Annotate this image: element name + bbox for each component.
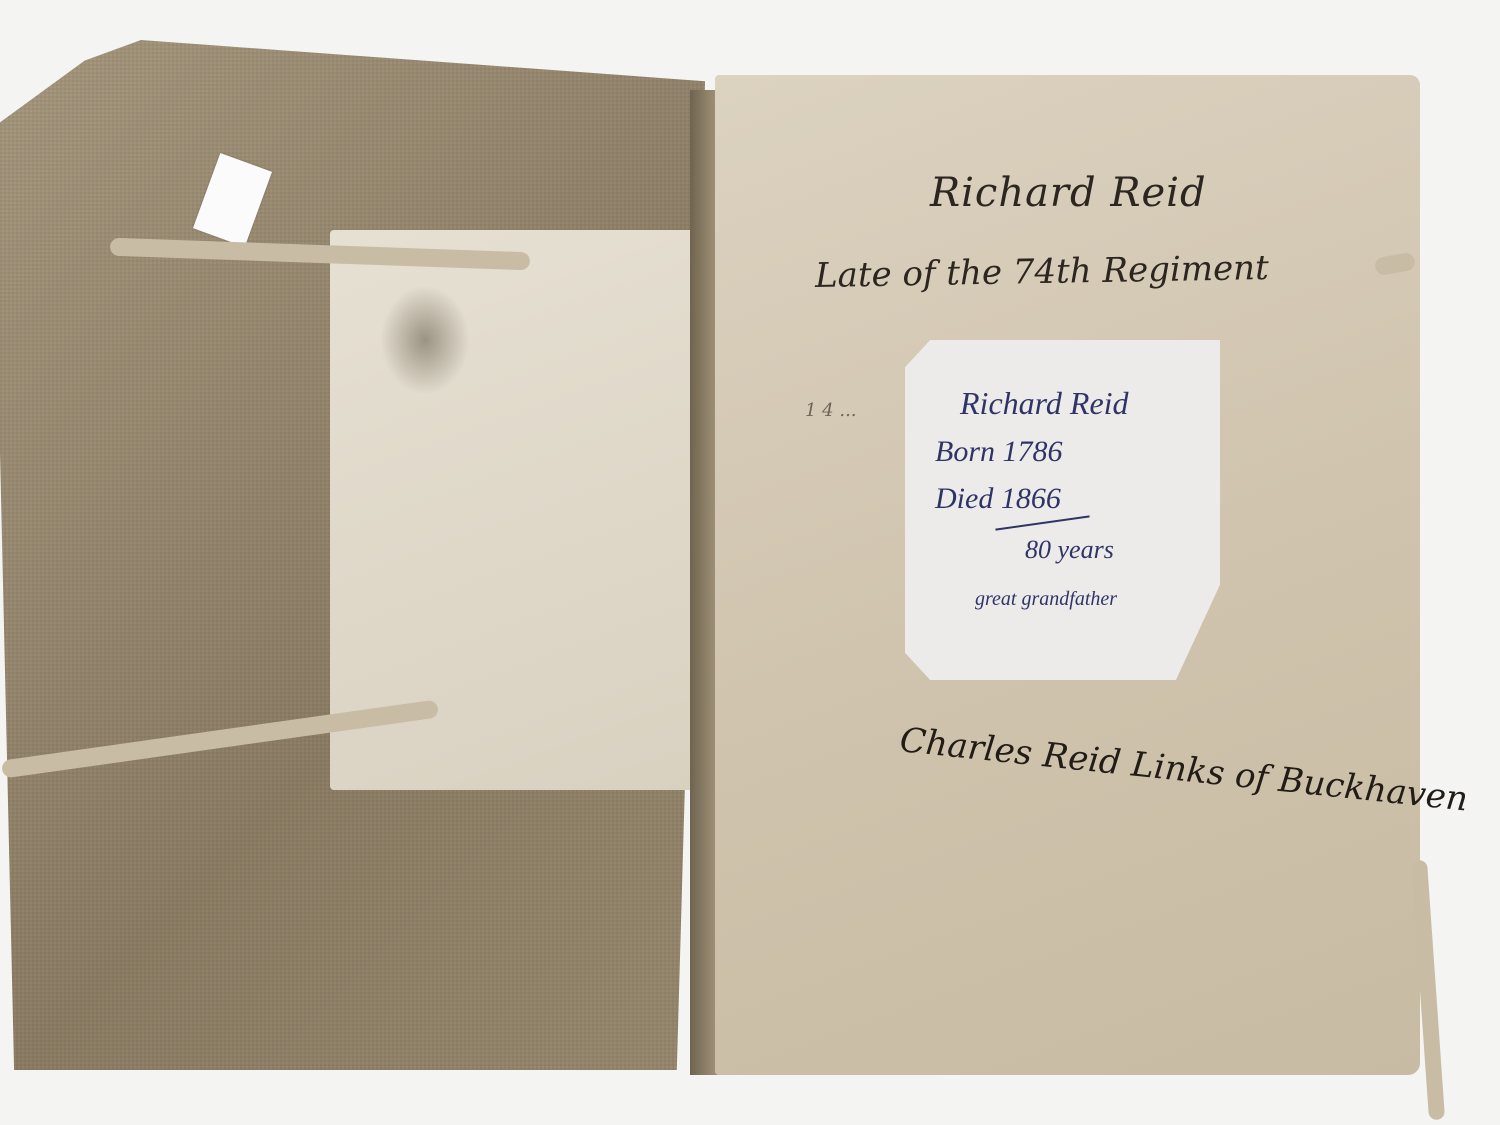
stain	[380, 285, 470, 395]
pencil-marks: 1 4 ...	[805, 400, 857, 421]
manuscript-subtitle: Late of the 74th Regiment	[815, 248, 1269, 296]
note-relation: great grandfather	[975, 588, 1117, 611]
note-rule	[995, 515, 1089, 530]
note-born: Born 1786	[935, 435, 1063, 469]
note-age: 80 years	[1025, 535, 1114, 565]
manuscript-title: Richard Reid	[930, 170, 1207, 216]
note-name: Richard Reid	[960, 385, 1129, 422]
note-died: Died 1866	[935, 482, 1061, 516]
pasted-note: Richard Reid Born 1786 Died 1866 80 year…	[905, 340, 1220, 680]
